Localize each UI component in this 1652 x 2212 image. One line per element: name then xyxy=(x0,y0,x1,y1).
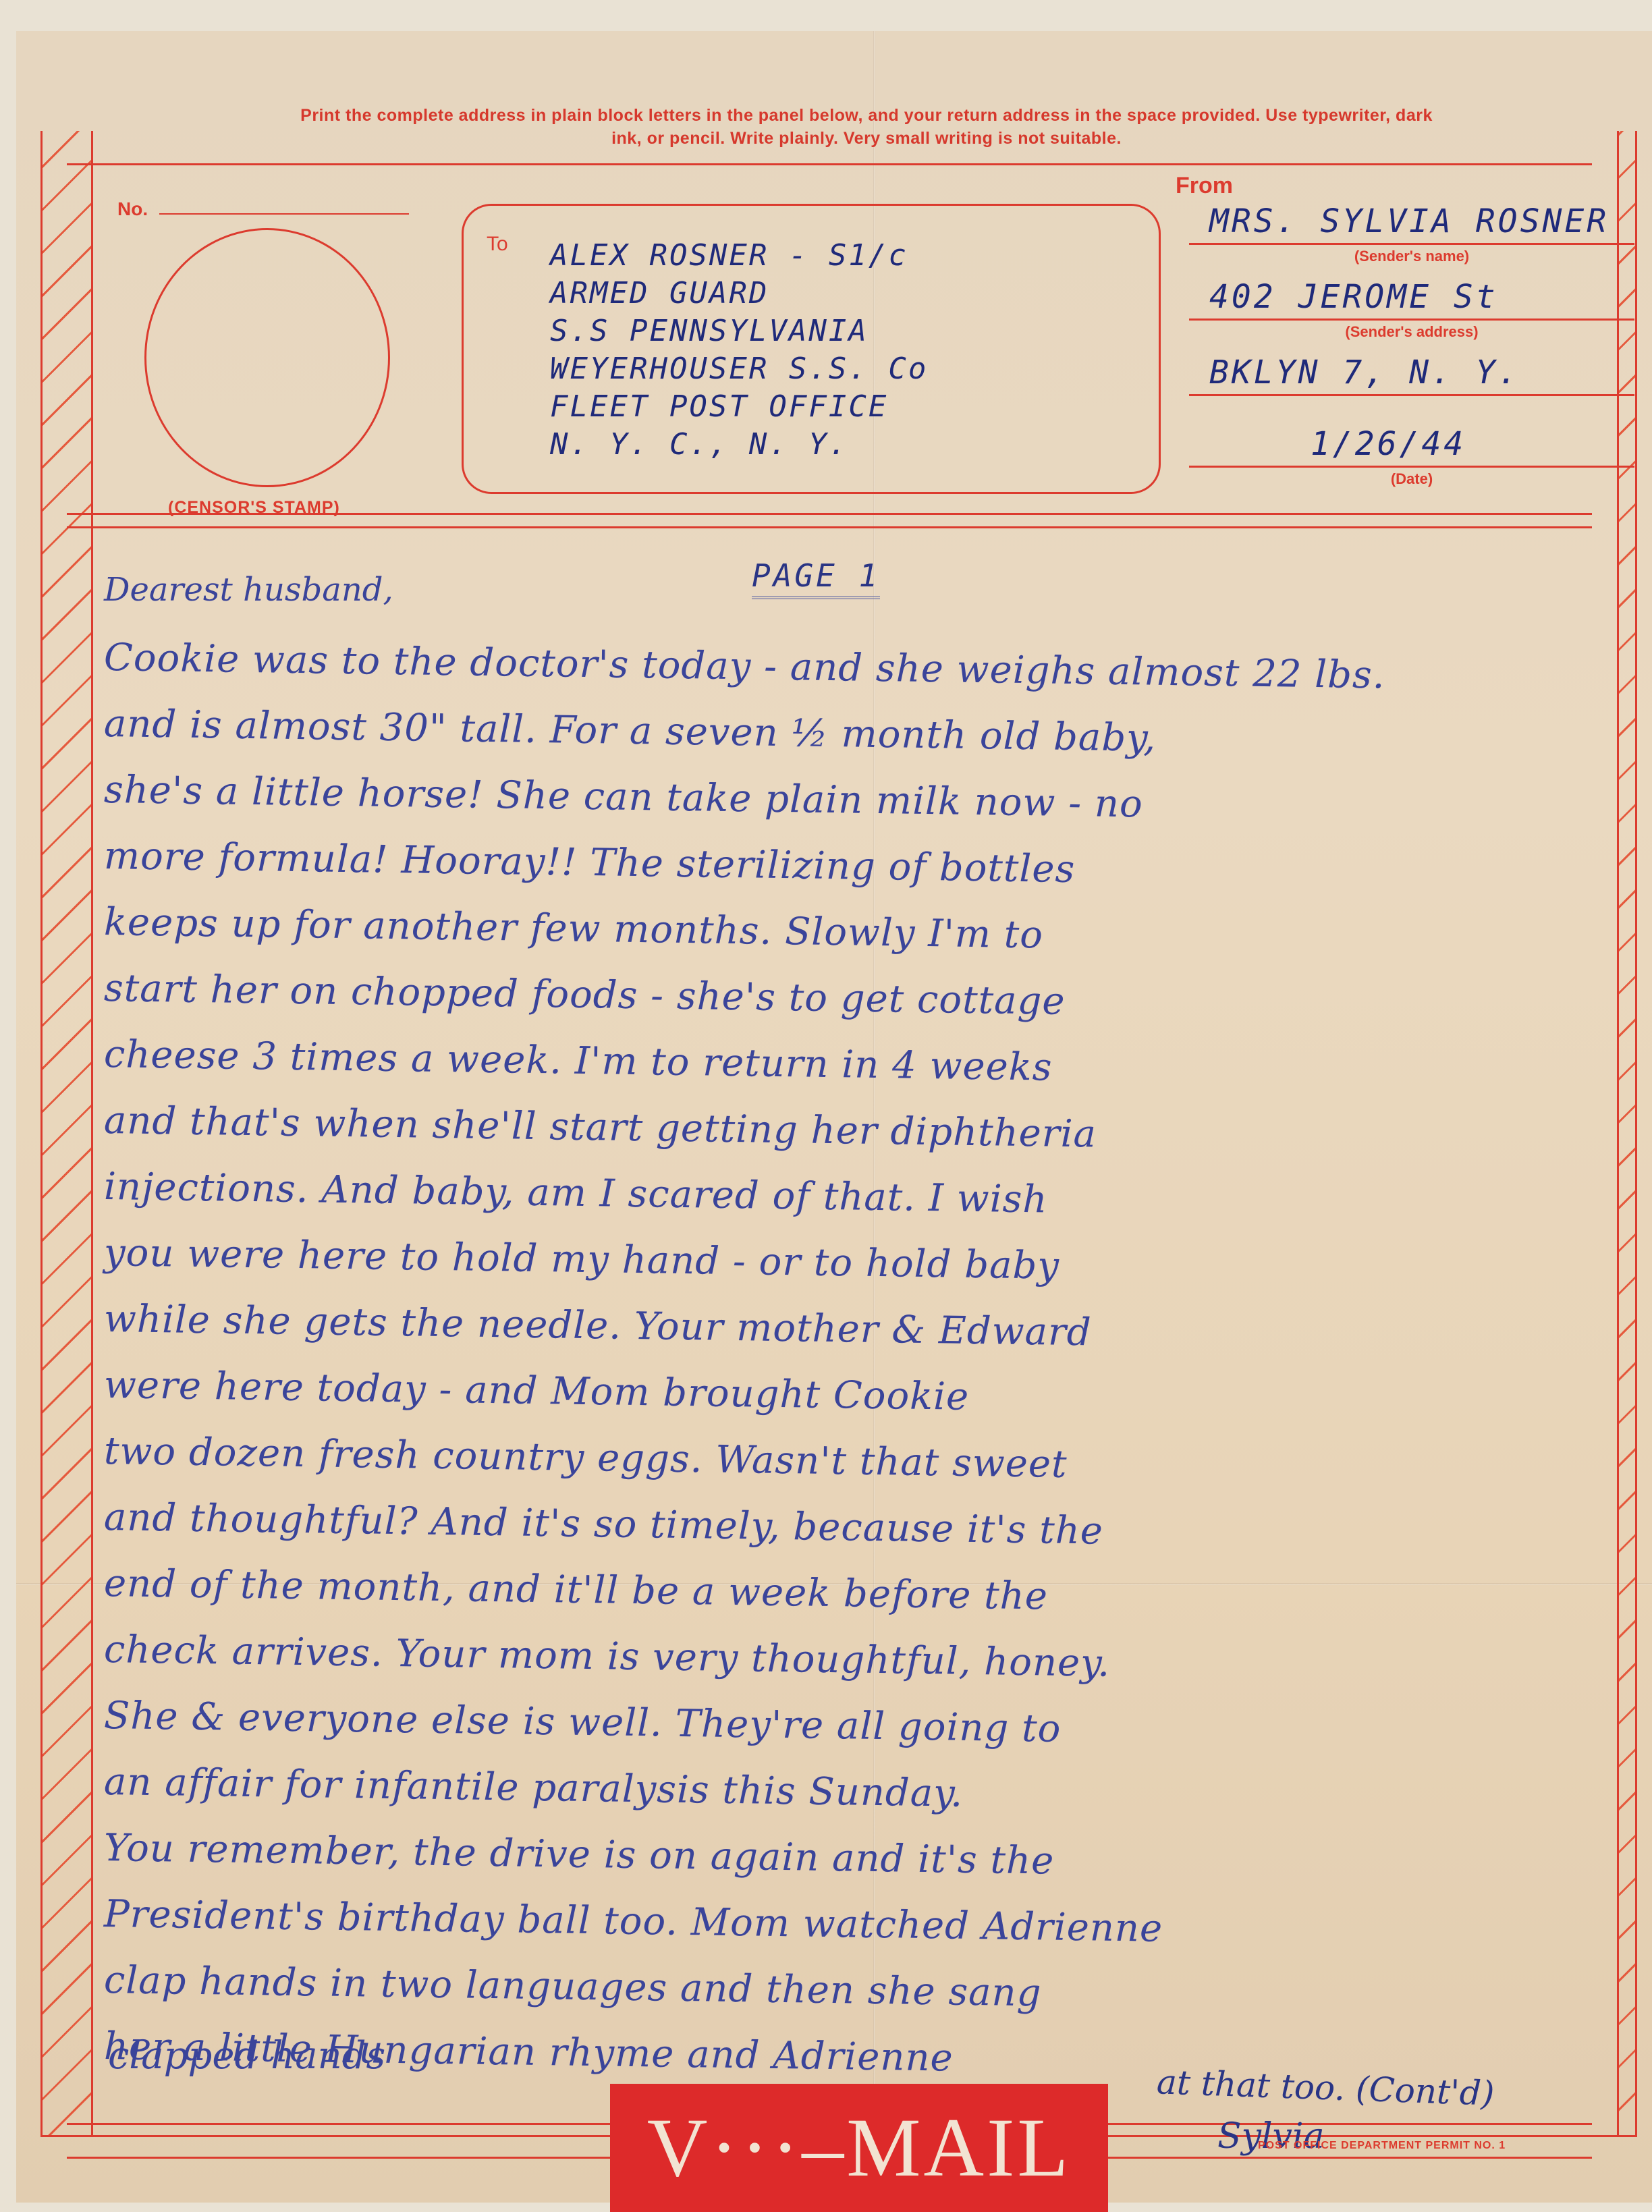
to-label: To xyxy=(487,233,508,256)
censor-stamp-label: (CENSOR'S STAMP) xyxy=(168,498,340,518)
vmail-letter-sheet: Print the complete address in plain bloc… xyxy=(16,31,1652,2203)
header-top-rule xyxy=(67,163,1592,165)
vmail-logo: V···–MAIL xyxy=(610,2084,1108,2203)
letter-body: PAGE 1 Dearest husband, Cookie was to th… xyxy=(104,557,1629,2028)
censor-stamp-circle xyxy=(144,228,390,487)
number-field-line xyxy=(159,213,409,215)
date-caption: (Date) xyxy=(1189,470,1634,488)
number-label: No. xyxy=(117,198,148,220)
recipient-line: FLEET POST OFFICE xyxy=(550,388,928,426)
sender-name-field: MRS. SYLVIA ROSNER (Sender's name) xyxy=(1189,202,1634,265)
sender-address: 402 JEROME St xyxy=(1189,278,1634,321)
date-field: 1/26/44 (Date) xyxy=(1189,425,1634,488)
postal-permit: POST OFFICE DEPARTMENT PERMIT NO. 1 xyxy=(1258,2140,1506,2152)
sender-address-field: 402 JEROME St (Sender's address) xyxy=(1189,278,1634,341)
sender-section: From MRS. SYLVIA ROSNER (Sender's name) … xyxy=(1176,173,1648,551)
left-hatched-border xyxy=(43,131,93,2135)
sender-name: MRS. SYLVIA ROSNER xyxy=(1189,202,1634,245)
letter-date: 1/26/44 xyxy=(1189,425,1634,468)
recipient-line: WEYERHOUSER S.S. Co xyxy=(550,350,928,388)
recipient-line: S.S PENNSYLVANIA xyxy=(550,312,928,350)
recipient-line: N. Y. C., N. Y. xyxy=(550,426,928,464)
sender-name-caption: (Sender's name) xyxy=(1189,248,1634,265)
letter-text: Cookie was to the doctor's today - and s… xyxy=(104,625,1629,2080)
recipient-line: ALEX ROSNER - S1/c xyxy=(550,237,928,275)
recipient-address: ALEX ROSNER - S1/c ARMED GUARD S.S PENNS… xyxy=(550,237,928,464)
from-label: From xyxy=(1176,173,1233,199)
closing-line: clapped hands xyxy=(108,2034,385,2078)
sender-address-caption: (Sender's address) xyxy=(1189,323,1634,341)
salutation: Dearest husband, xyxy=(104,571,393,609)
sender-city: BKLYN 7, N. Y. xyxy=(1189,354,1634,396)
page-number: PAGE 1 xyxy=(752,557,880,599)
recipient-line: ARMED GUARD xyxy=(550,275,928,312)
sender-city-field: BKLYN 7, N. Y. xyxy=(1189,354,1634,396)
recipient-address-panel: To ALEX ROSNER - S1/c ARMED GUARD S.S PE… xyxy=(462,204,1161,494)
